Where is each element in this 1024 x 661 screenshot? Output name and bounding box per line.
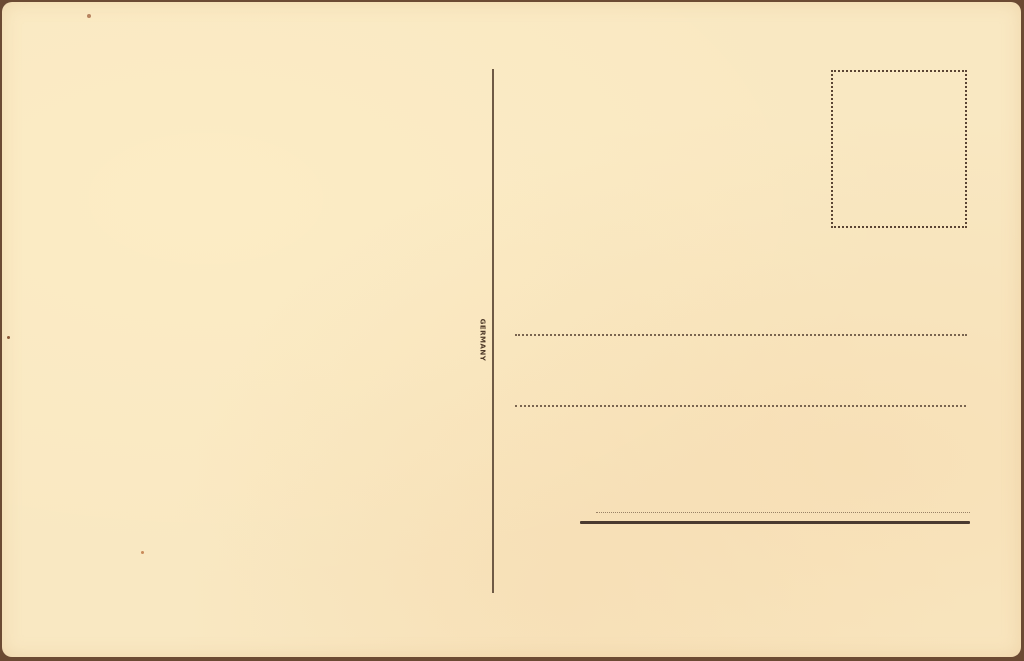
postcard-back: GERMANY bbox=[2, 2, 1021, 657]
stamp-placement-box bbox=[831, 70, 967, 228]
paper-speck bbox=[141, 551, 144, 554]
address-line-1 bbox=[515, 334, 967, 336]
country-imprint: GERMANY bbox=[476, 316, 488, 364]
address-line-4-solid bbox=[580, 521, 970, 524]
imprint-text: GERMANY bbox=[478, 319, 486, 362]
paper-speck bbox=[87, 14, 91, 18]
address-line-3 bbox=[596, 512, 970, 513]
address-line-2 bbox=[515, 405, 966, 407]
center-divider-line bbox=[492, 69, 494, 593]
paper-speck bbox=[7, 336, 10, 339]
